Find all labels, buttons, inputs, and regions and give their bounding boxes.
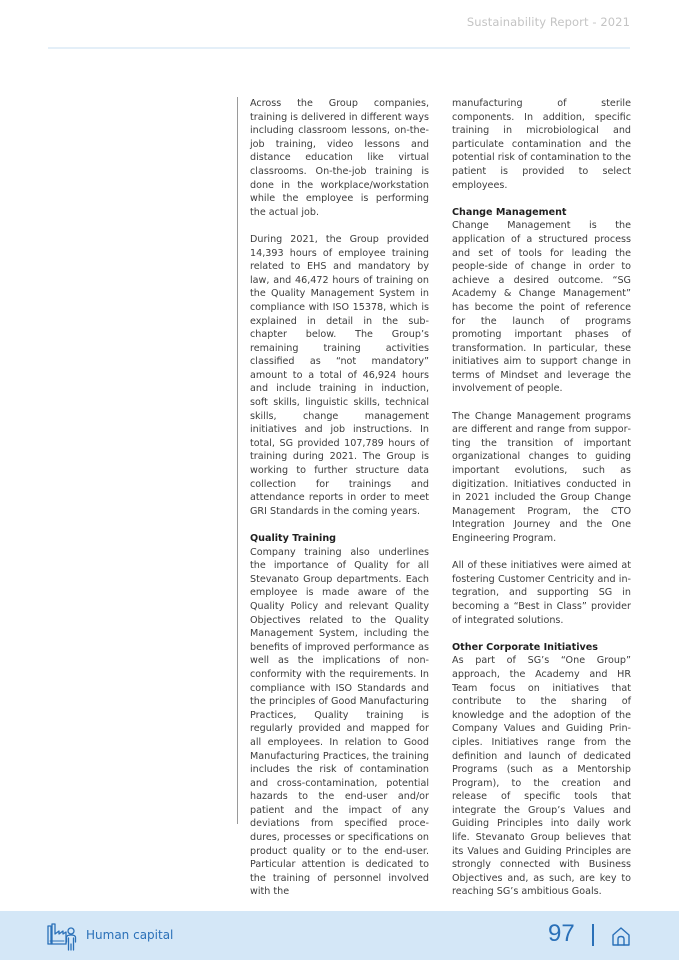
initiatives-aim-paragraph: All of these initiatives were aimed at f… — [452, 559, 631, 627]
change-management-heading: Change Management — [452, 206, 631, 220]
page-number: 97 — [548, 920, 575, 948]
change-programs-paragraph: The Change Management programs are diffe… — [452, 410, 631, 546]
right-column: manufacturing of sterile components. In … — [452, 97, 631, 899]
training-delivery-paragraph: Across the Group companies, training is … — [250, 97, 429, 219]
left-column: Across the Group companies, training is … — [250, 97, 429, 899]
training-hours-paragraph: During 2021, the Group provided 14,393 h… — [250, 233, 429, 518]
section-label: Human capital — [86, 928, 173, 942]
quality-training-paragraph: Company training also underlines the imp… — [250, 546, 429, 899]
report-title: Sustainability Report - 2021 — [467, 15, 630, 29]
home-icon[interactable] — [610, 925, 632, 947]
page-footer: Human capital 97 — [0, 911, 679, 960]
other-initiatives-paragraph: As part of SG’s “One Group” approach, th… — [452, 654, 631, 899]
column-accent-bar — [237, 97, 238, 824]
header-divider — [48, 47, 630, 49]
footer-divider — [592, 924, 594, 946]
factory-person-icon — [46, 920, 80, 952]
sterile-continuation-paragraph: manufacturing of sterile components. In … — [452, 97, 631, 192]
change-management-paragraph: Change Management is the application of … — [452, 219, 631, 396]
quality-training-heading: Quality Training — [250, 532, 429, 546]
other-initiatives-heading: Other Corporate Initiatives — [452, 641, 631, 655]
